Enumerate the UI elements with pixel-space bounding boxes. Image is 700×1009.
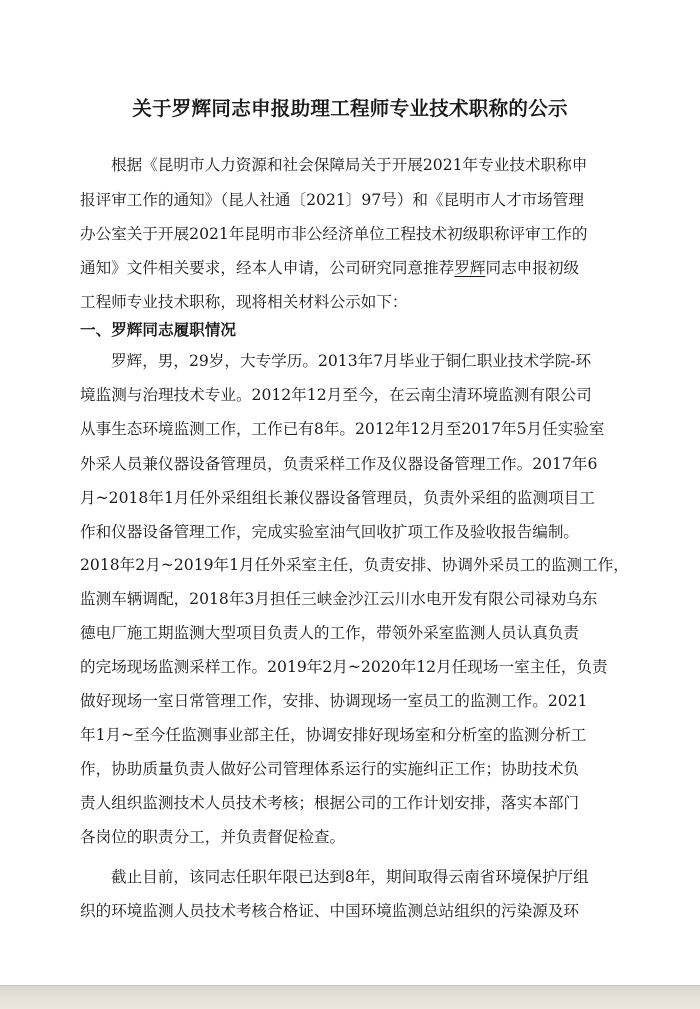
body-line: 的完场现场监测采样工作。2019年2月~2020年12月任现场一室主任，负责 — [80, 657, 620, 677]
intro-line-4-after: 同志申报初级 — [485, 259, 579, 277]
body-line: 责人组织监测技术人员技术考核；根据公司的工作计划安排，落实本部门 — [80, 793, 620, 813]
intro-line-5: 工程师专业技术职称，现将相关材料公示如下： — [80, 292, 620, 312]
body-line: 罗辉，男，29岁，大专学历。2013年7月毕业于铜仁职业技术学院-环 — [111, 351, 651, 371]
body-line: 织的环境监测人员技术考核合格证、中国环境监测总站组织的污染源及环 — [80, 901, 620, 921]
body-line: 德电厂施工期监测大型项目负责人的工作，带领外采室监测人员认真负责 — [80, 623, 620, 643]
body-line: 月~2018年1月任外采组组长兼仪器设备管理员，负责外采组的监测项目工 — [80, 488, 620, 508]
scan-bottom-edge — [0, 985, 700, 1009]
nominee-name: 罗辉 — [454, 259, 485, 277]
intro-line-4: 通知》文件相关要求，经本人申请，公司研究同意推荐罗辉同志申报初级 — [80, 258, 620, 278]
body-line: 从事生态环境监测工作，工作已有8年。2012年12月至2017年5月任实验室 — [80, 419, 620, 439]
body-line: 境监测与治理技术专业。2012年12月至今，在云南尘清环境监测有限公司 — [80, 385, 620, 405]
intro-line-4-before: 通知》文件相关要求，经本人申请，公司研究同意推荐 — [80, 259, 454, 277]
section-1-heading: 一、罗辉同志履职情况 — [80, 320, 620, 340]
intro-line-2: 报评审工作的通知》（昆人社通〔2021〕97号）和《昆明市人才市场管理 — [80, 190, 620, 210]
body-line: 作和仪器设备管理工作，完成实验室油气回收扩项工作及验收报告编制。 — [80, 522, 620, 542]
body-line: 年1月~至今任监测事业部主任，协调安排好现场室和分析室的监测分析工 — [80, 725, 620, 745]
body-line: 做好现场一室日常管理工作，安排、协调现场一室员工的监测工作。2021 — [80, 691, 620, 711]
intro-line-3: 办公室关于开展2021年昆明市非公经济单位工程技术初级职称评审工作的 — [80, 224, 620, 244]
body-line: 外采人员兼仪器设备管理员，负责采样工作及仪器设备管理工作。2017年6 — [80, 454, 620, 474]
body-line: 各岗位的职责分工，并负责督促检查。 — [80, 827, 620, 847]
body-line: 监测车辆调配，2018年3月担任三峡金沙江云川水电开发有限公司禄劝乌东 — [80, 589, 620, 609]
document-title: 关于罗辉同志申报助理工程师专业技术职称的公示 — [0, 93, 700, 121]
body-line: 截止目前，该同志任职年限已达到8年，期间取得云南省环境保护厅组 — [111, 867, 651, 887]
body-line: 2018年2月~2019年1月任外采室主任，负责安排、协调外采员工的监测工作， — [80, 555, 620, 575]
body-line: 作，协助质量负责人做好公司管理体系运行的实施纠正工作；协助技术负 — [80, 759, 620, 779]
intro-line-1: 根据《昆明市人力资源和社会保障局关于开展2021年专业技术职称申 — [111, 155, 651, 175]
document-page: 关于罗辉同志申报助理工程师专业技术职称的公示 根据《昆明市人力资源和社会保障局关… — [0, 0, 700, 985]
